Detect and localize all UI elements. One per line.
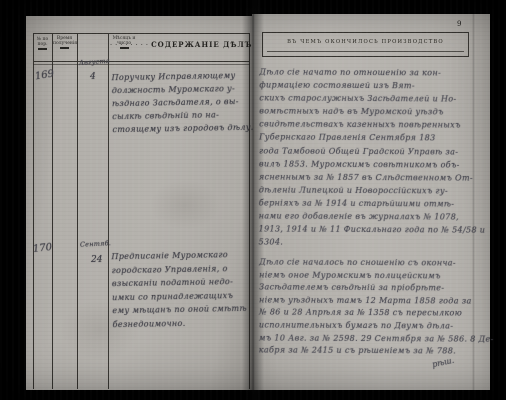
handwritten-line: ему мѣщанъ по оной смѣтѣ <box>112 302 250 318</box>
entry-number: 170 <box>32 242 52 255</box>
handwritten-line: стоящему изъ городовъ дѣлу. <box>112 121 250 136</box>
column-divider <box>77 33 78 389</box>
column-divider <box>108 33 109 389</box>
handwritten-line: ясненнымъ за № 1857 въ Слѣдственномъ От- <box>259 170 473 184</box>
entry-summary: Поручику Исправляющемудолжность Муромска… <box>111 69 250 136</box>
handwritten-line: кабря за № 2415 и съ рѣшеніемъ за № 788. <box>259 345 473 359</box>
handwritten-line: 5304. <box>259 236 473 250</box>
column-header-label: Время полученія <box>53 36 77 46</box>
header-divider <box>33 61 250 62</box>
handwritten-line: свидѣтельствахъ казенныхъ повѣренныхъ <box>259 118 473 132</box>
handwritten-line: ѣзднаго Засѣдателя, о вы- <box>112 95 250 110</box>
handwritten-line: скихъ старослужныхъ Засѣдателей и Но- <box>259 92 473 106</box>
header-underline <box>38 48 47 50</box>
column-header-received: Время полученія <box>53 36 76 49</box>
handwritten-line: мъ 10 Авг. за № 2598. 29 Сентября за № 5… <box>259 332 473 346</box>
resolution-paragraph: Дѣло сіе начато по отношенію за кон-фирм… <box>259 65 474 249</box>
entry-day: 4 <box>90 72 96 82</box>
handwritten-line: ніемъ уѣздныхъ тамъ 12 Марта 1858 года з… <box>259 294 473 308</box>
resolution-paragraph: Дѣло сіе началось по сношенію съ оконча-… <box>259 256 474 358</box>
header-divider-double <box>33 64 250 65</box>
handwritten-line: Дѣло сіе началось по сношенію съ оконча- <box>259 256 473 270</box>
handwritten-line: берніяхъ за № 1914 и старѣйшими отмѣ- <box>259 196 473 210</box>
handwritten-line: дѣленіи Липецкой и Новороссійскихъ гу- <box>259 183 473 197</box>
entry-summary: Предписаніе Муромскагогородскаго Управле… <box>111 248 250 331</box>
handwritten-line: вомѣстныхъ надъ въ Муромской уѣздъ <box>259 105 473 119</box>
handwritten-line: Губернскаго Правленія Сентября 183 <box>259 131 473 145</box>
handwritten-line: Дѣло сіе начато по отношенію за кон- <box>259 65 473 79</box>
handwritten-line: № 86 и 28 Апрѣля за № 1358 съ пересылкою <box>259 307 473 321</box>
content-header-title: СОДЕРЖАНІЕ ДѢЛЪ <box>151 40 252 49</box>
entry-day: 24 <box>91 255 102 265</box>
content-header: · · · · · · · · СОДЕРЖАНІЕ ДѢЛЪ <box>110 40 250 49</box>
handwritten-line: исполнительныхъ бумагъ по Двумъ дѣла- <box>259 319 473 333</box>
handwritten-line: нами его добавленіе въ журналахъ № 1078, <box>259 209 473 223</box>
column-header-number: № по пор. <box>34 37 51 50</box>
page-number: 9 <box>457 20 461 28</box>
handwritten-line: Засѣдателемъ свѣдѣній за пріобрѣте- <box>259 282 473 296</box>
right-header-box: ВЪ ЧЕМЪ ОКОНЧИЛОСЬ ПРОИЗВОДСТВО <box>262 32 469 57</box>
scanned-ledger-spread: № по пор. Время полученія Мѣсяцъ и число… <box>0 0 506 400</box>
header-underline <box>60 47 69 49</box>
handwritten-line: фирмаціею состоявшей изъ Вят- <box>259 79 473 93</box>
handwritten-line: ніемъ оное Муромскимъ полицейскимъ <box>259 269 473 283</box>
handwritten-line: года Тамбовой Общей Градской Управѣ за- <box>259 144 473 158</box>
entry-month: Сентяб. <box>80 239 111 249</box>
handwritten-line: безнедоимочно. <box>112 315 250 331</box>
handwritten-line: 1913, 1914 и № 11 Фискальнаго года по № … <box>259 223 473 237</box>
right-header-title: ВЪ ЧЕМЪ ОКОНЧИЛОСЬ ПРОИЗВОДСТВО <box>263 39 468 45</box>
handwritten-line: вилъ 1853. Муромскимъ совѣтникомъ объ- <box>259 157 473 171</box>
column-divider <box>52 33 53 389</box>
header-inner-rule <box>267 51 464 52</box>
column-header-label: № по пор. <box>37 37 48 47</box>
table-border-left <box>33 33 34 389</box>
table-border-top <box>33 33 250 34</box>
header-leader-dots: · · · · · · · · <box>110 41 149 49</box>
